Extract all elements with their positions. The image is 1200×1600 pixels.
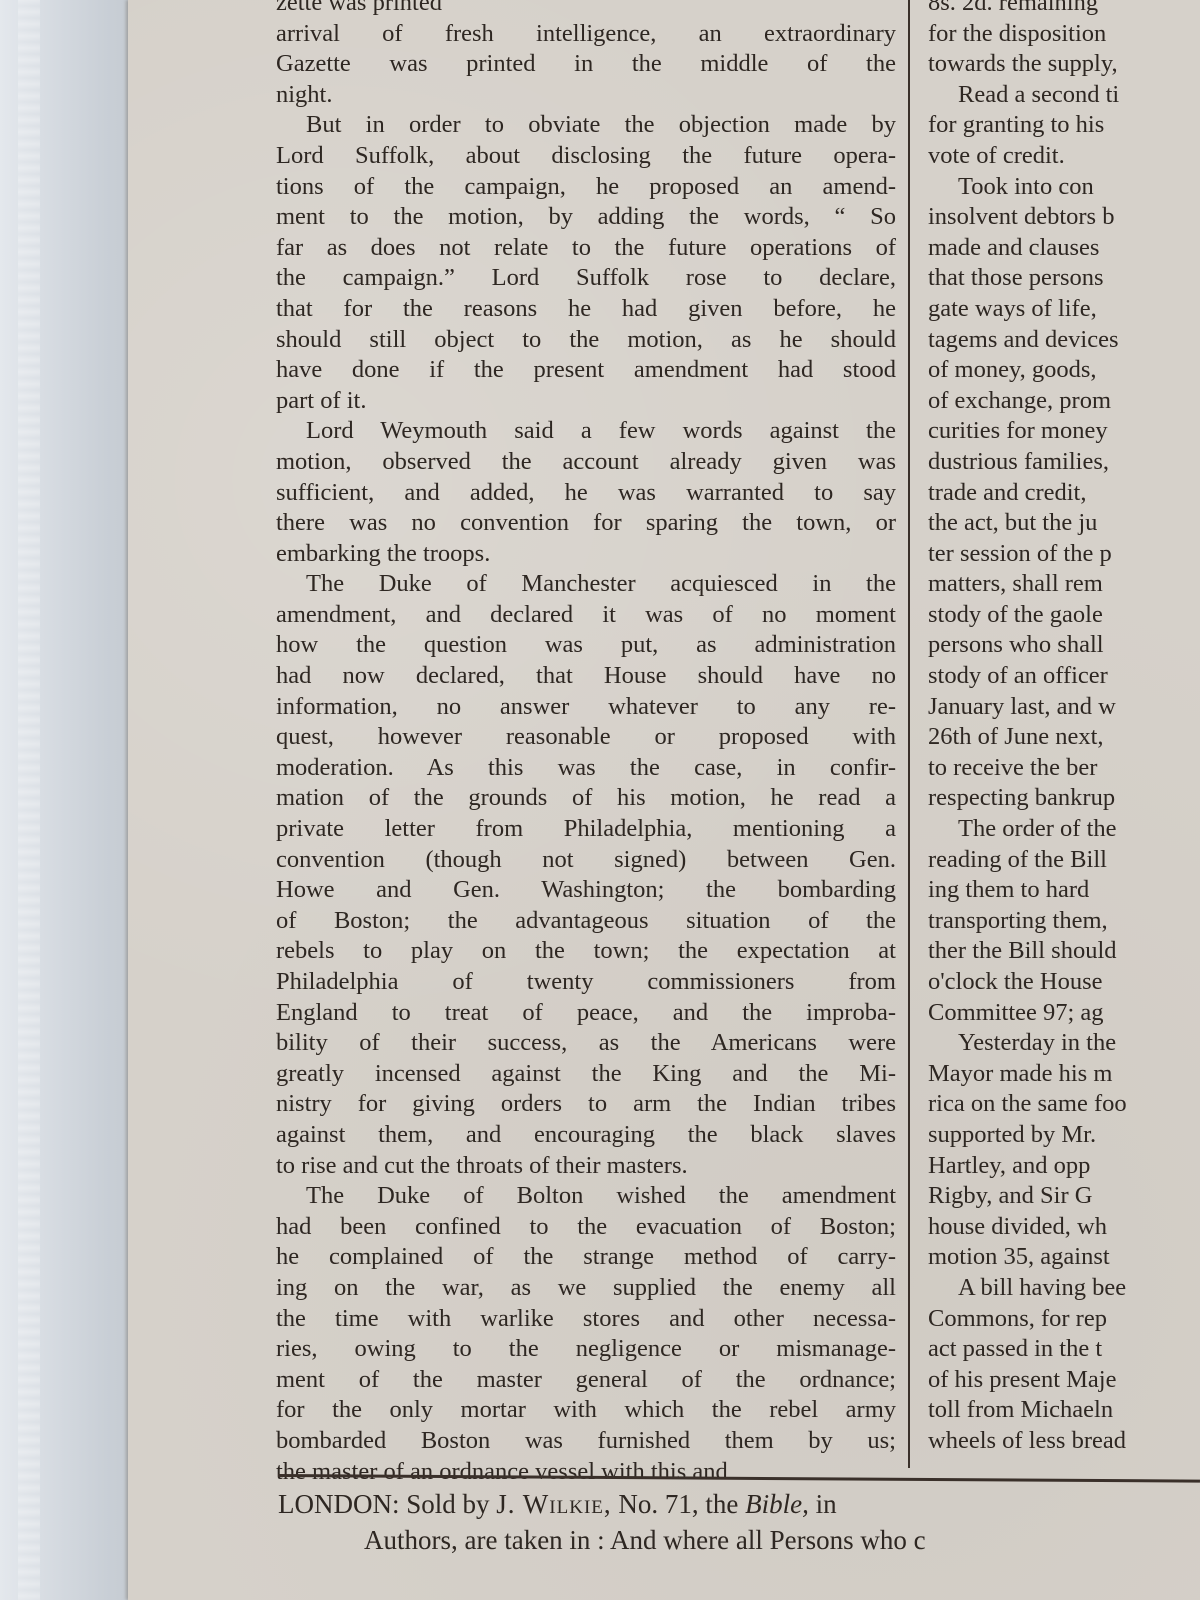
text-line: supported by Mr.: [928, 1120, 1200, 1151]
text-line: information, no answer whatever to any r…: [276, 692, 896, 723]
text-line: rebels to play on the town; the expectat…: [276, 936, 896, 967]
text-line: reading of the Bill: [928, 845, 1200, 876]
text-line: vote of credit.: [928, 141, 1200, 172]
text-line: trade and credit,: [928, 478, 1200, 509]
text-line: ment of the master general of the ordnan…: [276, 1365, 896, 1396]
text-line: England to treat of peace, and the impro…: [276, 998, 896, 1029]
left-column: zette was printedarrival of fresh intell…: [276, 0, 896, 1487]
text-line: The Duke of Manchester acquiesced in the: [276, 569, 896, 600]
text-line: Philadelphia of twenty commissioners fro…: [276, 967, 896, 998]
text-line: respecting bankrup: [928, 783, 1200, 814]
text-line: January last, and w: [928, 692, 1200, 723]
text-line: sufficient, and added, he was warranted …: [276, 478, 896, 509]
text-line: that those persons: [928, 263, 1200, 294]
imprint-line-1: LONDON: Sold by J. Wilkie, No. 71, the B…: [278, 1486, 926, 1522]
text-line: how the question was put, as administrat…: [276, 630, 896, 661]
imprint-seller: J. Wilkie,: [496, 1489, 611, 1519]
text-line: convention (though not signed) between G…: [276, 845, 896, 876]
text-line: ment to the motion, by adding the words,…: [276, 202, 896, 233]
text-line: night.: [276, 80, 896, 111]
text-line: The order of the: [928, 814, 1200, 845]
text-line: motion 35, against: [928, 1242, 1200, 1273]
text-line: Commons, for rep: [928, 1304, 1200, 1335]
text-line: arrival of fresh intelligence, an extrao…: [276, 19, 896, 50]
text-line: that for the reasons he had given before…: [276, 294, 896, 325]
text-line: motion, observed the account already giv…: [276, 447, 896, 478]
text-line: against them, and encouraging the black …: [276, 1120, 896, 1151]
text-line: part of it.: [276, 386, 896, 417]
text-line: Hartley, and opp: [928, 1151, 1200, 1182]
text-line: mation of the grounds of his motion, he …: [276, 783, 896, 814]
right-column: 8s. 2d. remainingfor the dispositiontowa…: [928, 0, 1200, 1457]
text-line: ing them to hard: [928, 875, 1200, 906]
text-line: Howe and Gen. Washington; the bombarding: [276, 875, 896, 906]
text-line: far as does not relate to the future ope…: [276, 233, 896, 264]
text-line: should still object to the motion, as he…: [276, 325, 896, 356]
text-line: private letter from Philadelphia, mentio…: [276, 814, 896, 845]
text-line: house divided, wh: [928, 1212, 1200, 1243]
text-line: Rigby, and Sir G: [928, 1181, 1200, 1212]
text-line: 8s. 2d. remaining: [928, 0, 1200, 19]
printer-imprint: LONDON: Sold by J. Wilkie, No. 71, the B…: [278, 1486, 926, 1558]
text-line: wheels of less bread: [928, 1426, 1200, 1457]
text-line: for the only mortar with which the rebel…: [276, 1395, 896, 1426]
text-line: stody of an officer: [928, 661, 1200, 692]
text-line: to receive the ber: [928, 753, 1200, 784]
text-line: there was no convention for sparing the …: [276, 508, 896, 539]
text-line: persons who shall: [928, 630, 1200, 661]
text-line: the campaign.” Lord Suffolk rose to decl…: [276, 263, 896, 294]
text-line: had been confined to the evacuation of B…: [276, 1212, 896, 1243]
text-line: ther the Bill should: [928, 936, 1200, 967]
text-line: act passed in the t: [928, 1334, 1200, 1365]
text-line: But in order to obviate the objection ma…: [276, 110, 896, 141]
text-line: Yesterday in the: [928, 1028, 1200, 1059]
text-line: Read a second ti: [928, 80, 1200, 111]
text-line: insolvent debtors b: [928, 202, 1200, 233]
text-line: A bill having bee: [928, 1273, 1200, 1304]
imprint-in: in: [816, 1489, 837, 1519]
text-line: of his present Maje: [928, 1365, 1200, 1396]
text-line: moderation. As this was the case, in con…: [276, 753, 896, 784]
text-line: of exchange, prom: [928, 386, 1200, 417]
text-line: tagems and devices: [928, 325, 1200, 356]
text-line: have done if the present amendment had s…: [276, 355, 896, 386]
text-line: rica on the same foo: [928, 1089, 1200, 1120]
text-line: toll from Michaeln: [928, 1395, 1200, 1426]
text-line: tions of the campaign, he proposed an am…: [276, 172, 896, 203]
text-line: Committee 97; ag: [928, 998, 1200, 1029]
text-line: zette was printed: [276, 0, 896, 19]
text-line: for the disposition: [928, 19, 1200, 50]
background-surface: [0, 0, 140, 1600]
text-line: bility of their success, as the American…: [276, 1028, 896, 1059]
text-line: he complained of the strange method of c…: [276, 1242, 896, 1273]
text-line: Took into con: [928, 172, 1200, 203]
text-line: dustrious families,: [928, 447, 1200, 478]
text-line: made and clauses: [928, 233, 1200, 264]
imprint-sold-by: Sold by: [406, 1489, 489, 1519]
text-line: matters, shall rem: [928, 569, 1200, 600]
text-line: towards the supply,: [928, 49, 1200, 80]
text-line: Lord Weymouth said a few words against t…: [276, 416, 896, 447]
text-line: stody of the gaole: [928, 600, 1200, 631]
text-line: to rise and cut the throats of their mas…: [276, 1151, 896, 1182]
text-line: the master of an ordnance vessel with th…: [276, 1457, 896, 1488]
imprint-number: No. 71,: [618, 1489, 698, 1519]
text-line: quest, however reasonable or proposed wi…: [276, 722, 896, 753]
text-line: amendment, and declared it was of no mom…: [276, 600, 896, 631]
imprint-the: the: [705, 1489, 738, 1519]
newspaper-page: zette was printedarrival of fresh intell…: [128, 0, 1200, 1600]
text-line: embarking the troops.: [276, 539, 896, 570]
text-line: the time with warlike stores and other n…: [276, 1304, 896, 1335]
text-line: curities for money: [928, 416, 1200, 447]
imprint-place: LONDON:: [278, 1489, 400, 1519]
imprint-line-2: Authors, are taken in : And where all Pe…: [278, 1522, 926, 1558]
text-line: Mayor made his m: [928, 1059, 1200, 1090]
text-line: 26th of June next,: [928, 722, 1200, 753]
text-line: the act, but the ju: [928, 508, 1200, 539]
text-line: Gazette was printed in the middle of the: [276, 49, 896, 80]
text-line: gate ways of life,: [928, 294, 1200, 325]
text-line: ing on the war, as we supplied the enemy…: [276, 1273, 896, 1304]
text-line: bombarded Boston was furnished them by u…: [276, 1426, 896, 1457]
text-line: of money, goods,: [928, 355, 1200, 386]
text-line: greatly incensed against the King and th…: [276, 1059, 896, 1090]
text-line: for granting to his: [928, 110, 1200, 141]
column-divider: [908, 0, 910, 1468]
text-line: o'clock the House: [928, 967, 1200, 998]
text-line: ter session of the p: [928, 539, 1200, 570]
text-line: The Duke of Bolton wished the amendment: [276, 1181, 896, 1212]
text-line: Lord Suffolk, about disclosing the futur…: [276, 141, 896, 172]
imprint-sign: Bible,: [745, 1489, 809, 1519]
text-line: ries, owing to the negligence or mismana…: [276, 1334, 896, 1365]
text-line: nistry for giving orders to arm the Indi…: [276, 1089, 896, 1120]
text-line: of Boston; the advantageous situation of…: [276, 906, 896, 937]
text-line: had now declared, that House should have…: [276, 661, 896, 692]
text-line: transporting them,: [928, 906, 1200, 937]
